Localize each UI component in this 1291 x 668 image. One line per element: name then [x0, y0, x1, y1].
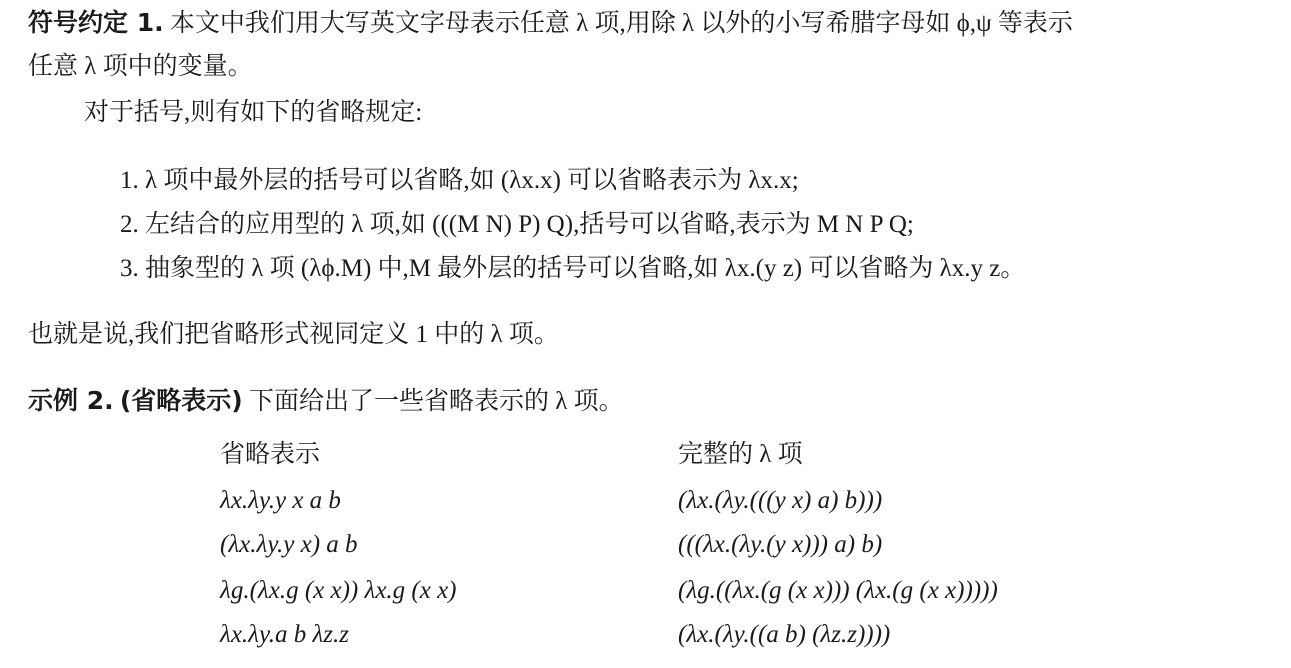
example-label: 示例 2.: [28, 386, 114, 415]
rule-text: λ 项中最外层的括号可以省略,如 (λx.x) 可以省略表示为 λx.x;: [145, 167, 799, 194]
parentheses-intro: 对于括号,则有如下的省略规定:: [84, 96, 422, 130]
rule-number: 3.: [120, 255, 139, 282]
notation-line-2: 任意 λ 项中的变量。: [28, 50, 253, 84]
table-cell-full: (λx.(λy.((a b) (λz.z)))): [678, 618, 890, 652]
notation-text-2: 任意 λ 项中的变量。: [28, 53, 253, 80]
summary-text: 也就是说,我们把省略形式视同定义 1 中的 λ 项。: [28, 321, 559, 348]
summary-paragraph: 也就是说,我们把省略形式视同定义 1 中的 λ 项。: [28, 318, 559, 352]
table-cell-abbrev: λx.λy.a b λz.z: [220, 618, 349, 652]
table-cell-full: (λx.(λy.(((y x) a) b))): [678, 484, 882, 518]
rule-text: 左结合的应用型的 λ 项,如 (((M N) P) Q),括号可以省略,表示为 …: [145, 211, 914, 238]
notation-text-1: 本文中我们用大写英文字母表示任意 λ 项,用除 λ 以外的小写希腊字母如 ϕ,ψ…: [164, 10, 1073, 37]
notation-line-1: 符号约定 1. 本文中我们用大写英文字母表示任意 λ 项,用除 λ 以外的小写希…: [28, 6, 1073, 41]
example-title: (省略表示): [120, 386, 243, 415]
example-heading: 示例 2. (省略表示) 下面给出了一些省略表示的 λ 项。: [28, 384, 624, 419]
table-cell-full: (λg.((λx.(g (x x))) (λx.(g (x x))))): [678, 574, 998, 608]
table-cell-full: (((λx.(λy.(y x))) a) b): [678, 528, 882, 562]
rule-number: 2.: [120, 211, 139, 238]
table-header-full: 完整的 λ 项: [678, 438, 803, 472]
example-text: 下面给出了一些省略表示的 λ 项。: [243, 388, 624, 415]
rule-item-2: 2. 左结合的应用型的 λ 项,如 (((M N) P) Q),括号可以省略,表…: [120, 208, 914, 242]
table-cell-abbrev: (λx.λy.y x) a b: [220, 528, 358, 562]
rule-number: 1.: [120, 167, 139, 194]
rule-item-1: 1. λ 项中最外层的括号可以省略,如 (λx.x) 可以省略表示为 λx.x;: [120, 164, 799, 198]
parentheses-intro-text: 对于括号,则有如下的省略规定:: [84, 99, 422, 126]
table-header-abbrev: 省略表示: [220, 438, 320, 472]
table-cell-abbrev: λx.λy.y x a b: [220, 484, 341, 518]
rule-text: 抽象型的 λ 项 (λϕ.M) 中,M 最外层的括号可以省略,如 λx.(y z…: [145, 255, 1025, 282]
rule-item-3: 3. 抽象型的 λ 项 (λϕ.M) 中,M 最外层的括号可以省略,如 λx.(…: [120, 252, 1025, 286]
notation-label: 符号约定 1.: [28, 8, 164, 37]
table-cell-abbrev: λg.(λx.g (x x)) λx.g (x x): [220, 574, 457, 608]
